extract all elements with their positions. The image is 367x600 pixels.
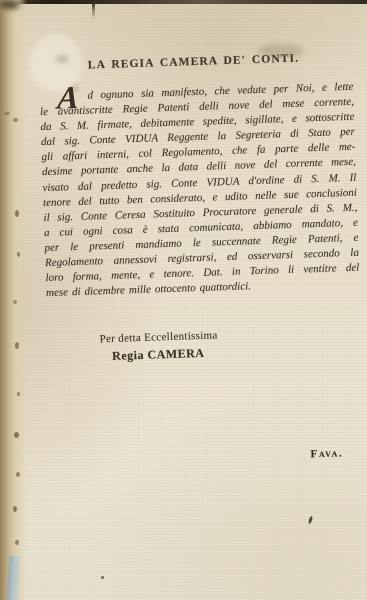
edge-blemish [13,300,17,304]
edge-blemish [15,540,19,545]
signature: Fava. [310,447,343,460]
paragraph-lines: d ognuno sia manifesto, che vedute per N… [39,80,360,302]
edge-blemish [15,210,19,217]
closing-block: Per detta Eccellentissima Regia CAMERA [99,329,218,364]
edge-blemish [13,118,18,122]
edge-blemish [14,432,19,438]
edge-blemish [16,472,20,477]
scanned-page: LA REGIA CAMERA DE' CONTI. A d ognuno si… [0,0,367,600]
page-top-edge [0,0,367,4]
edge-blemish [13,506,17,512]
edge-blemish [17,252,20,257]
paper-crack [92,2,95,19]
edge-blemish [17,392,20,396]
closing-line-2: Regia CAMERA [100,345,219,364]
endpaper-strip [7,556,20,600]
page-title: LA REGIA CAMERA DE' CONTI. [36,51,350,73]
body-paragraph: A d ognuno sia manifesto, che vedute per… [39,80,360,302]
dropcap-letter: A [56,81,80,114]
ink-speck [101,576,104,579]
corner-damage [0,0,20,9]
closing-line-1: Per detta Eccellentissima [99,329,217,345]
edge-blemish [15,342,19,349]
page-content: LA REGIA CAMERA DE' CONTI. A d ognuno si… [36,43,367,593]
